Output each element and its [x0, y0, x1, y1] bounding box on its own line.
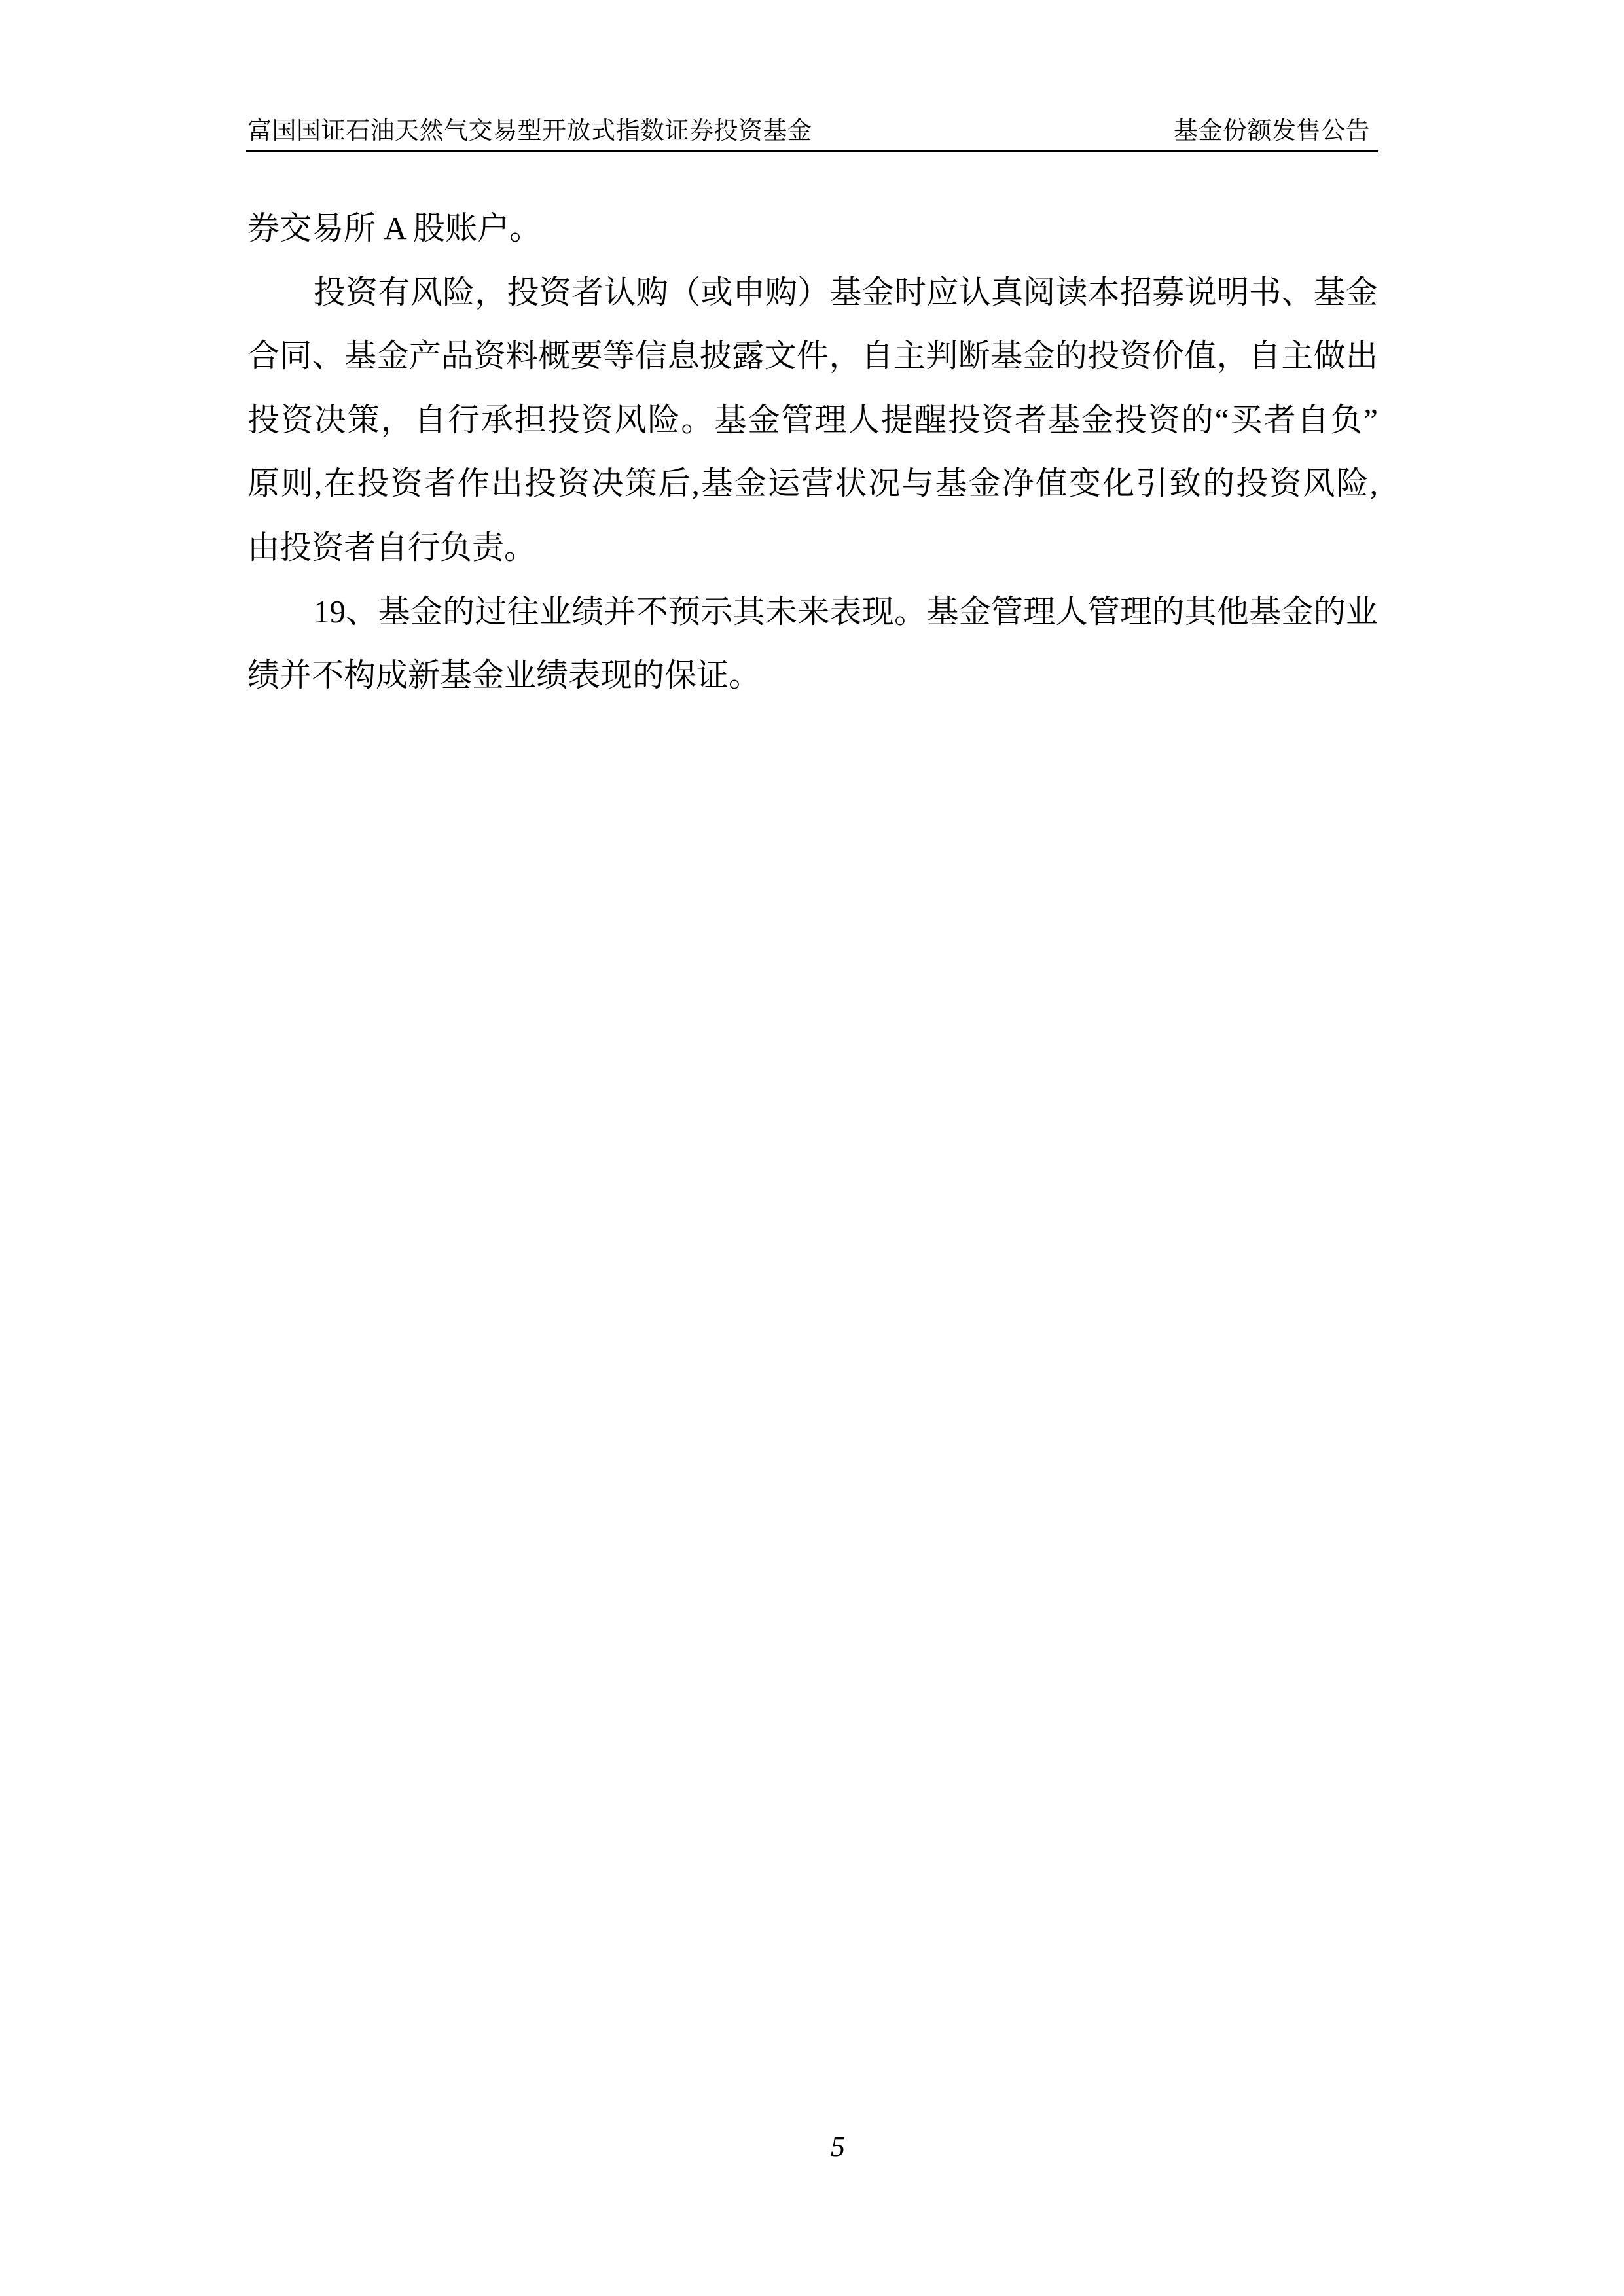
header-section-title: 基金份额发售公告: [1174, 115, 1370, 148]
paragraph-line: 券交易所 A 股账户。: [247, 206, 1378, 270]
body-text: 券交易所 A 股账户。 投资有风险，投资者认购（或申购）基金时应认真阅读本招募说…: [247, 206, 1378, 717]
paragraph-line: 绩并不构成新基金业绩表现的保证。: [247, 653, 1378, 717]
paragraph-account-continuation: 券交易所 A 股账户。: [247, 206, 1378, 270]
paragraph-line: 原则,在投资者作出投资决策后,基金运营状况与基金净值变化引致的投资风险,: [247, 461, 1378, 525]
paragraph-line: 投资有风险，投资者认购（或申购）基金时应认真阅读本招募说明书、基金: [247, 270, 1378, 334]
page-header: 富国国证石油天然气交易型开放式指数证券投资基金 基金份额发售公告: [246, 115, 1378, 148]
page-number: 5: [812, 2127, 864, 2166]
paragraph-item-19-past-performance: 19、基金的过往业绩并不预示其未来表现。基金管理人管理的其他基金的业 绩并不构成…: [247, 589, 1378, 717]
paragraph-line: 合同、基金产品资料概要等信息披露文件，自主判断基金的投资价值，自主做出: [247, 333, 1378, 397]
header-divider: [246, 150, 1378, 152]
header-document-title: 富国国证石油天然气交易型开放式指数证券投资基金: [247, 115, 812, 148]
paragraph-line: 由投资者自行负责。: [247, 525, 1378, 589]
paragraph-line: 19、基金的过往业绩并不预示其未来表现。基金管理人管理的其他基金的业: [247, 589, 1378, 653]
paragraph-line: 投资决策，自行承担投资风险。基金管理人提醒投资者基金投资的“买者自负”: [247, 397, 1378, 461]
paragraph-risk-notice: 投资有风险，投资者认购（或申购）基金时应认真阅读本招募说明书、基金 合同、基金产…: [247, 270, 1378, 589]
